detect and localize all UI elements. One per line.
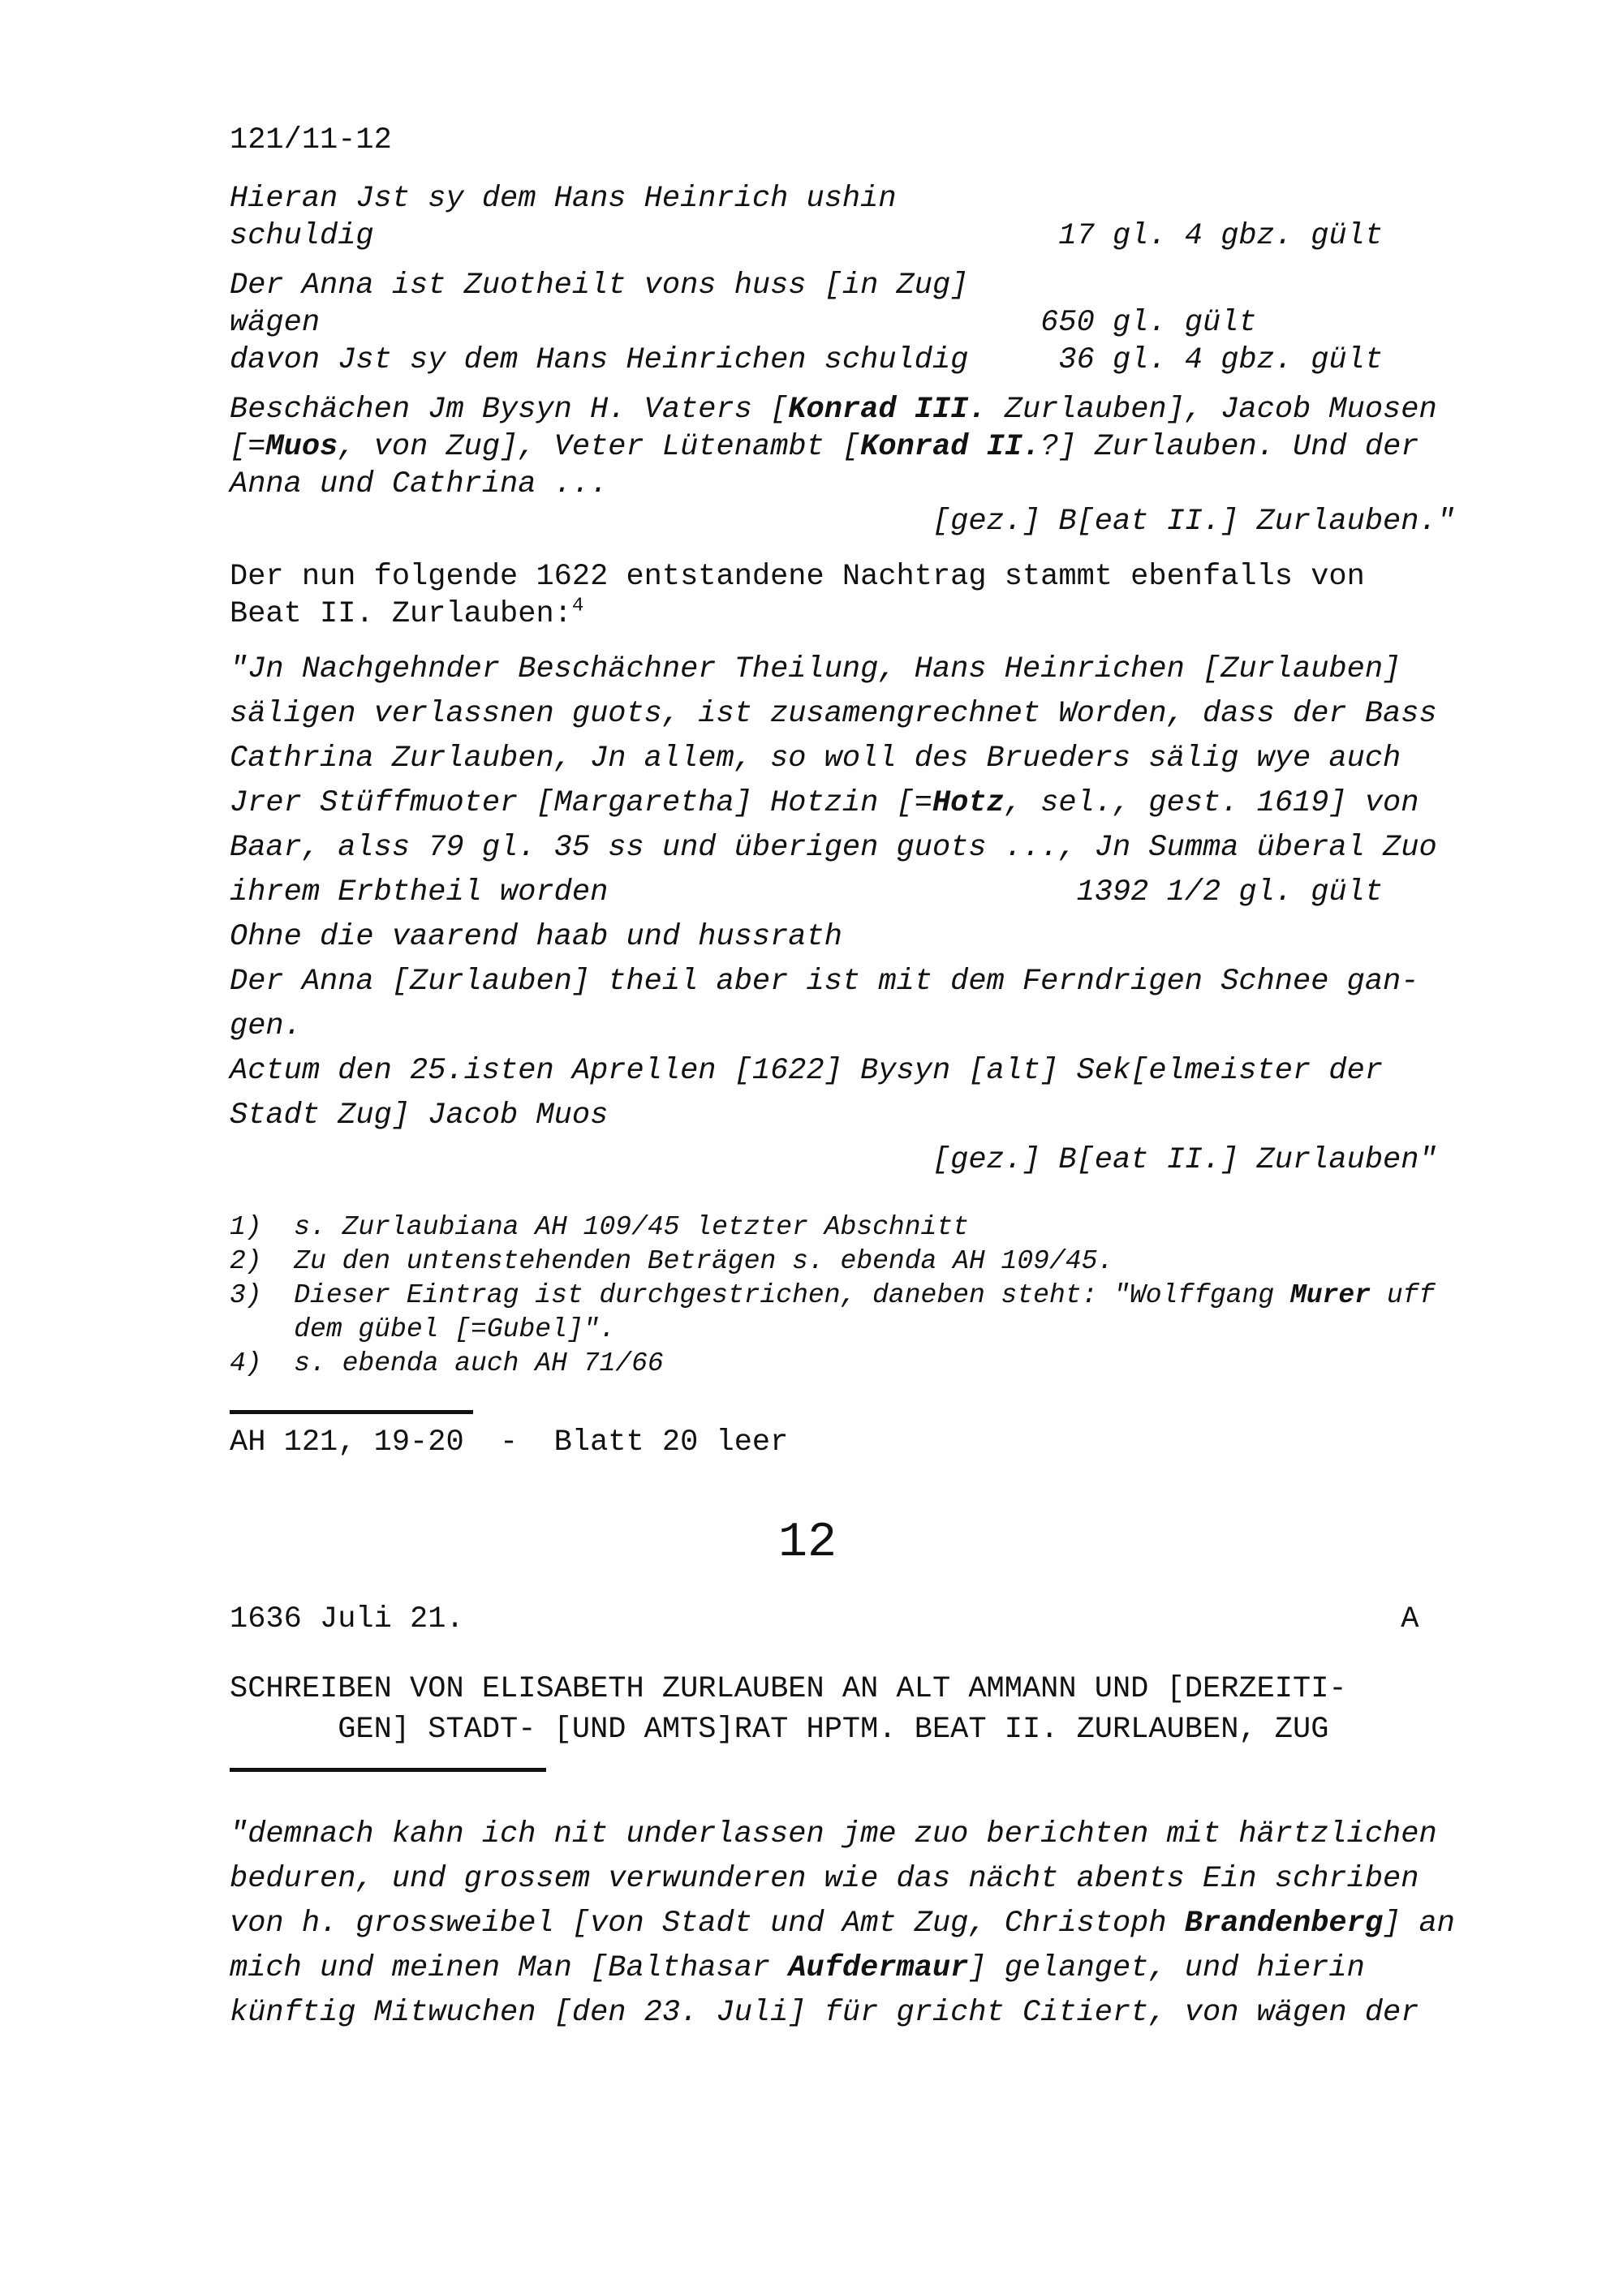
text-line: [=Muos, von Zug], Veter Lütenambt [Konra…: [230, 428, 1623, 466]
text-segment: Zurlauben], Jacob Muosen: [987, 393, 1437, 427]
text-segment: 2) Zu den untenstehenden Beträgen s. ebe…: [230, 1246, 1113, 1276]
text-line: wägen 650 gl. gült: [230, 304, 1623, 342]
text-line: ihrem Erbtheil worden 1392 1/2 gl. gült: [230, 871, 1623, 915]
text-segment: mich und meinen Man [Balthasar: [230, 1951, 788, 1985]
text-segment: 4) s. ebenda auch AH 71/66: [230, 1348, 664, 1378]
text-line: von h. grossweibel [von Stadt und Amt Zu…: [230, 1902, 1623, 1946]
text-line: Jrer Stüffmuoter [Margaretha] Hotzin [=H…: [230, 781, 1623, 826]
text-line: [gez.] B[eat II.] Zurlauben.": [230, 503, 1623, 540]
text-line: [gez.] B[eat II.] Zurlauben": [230, 1138, 1623, 1183]
entry11-anna-share-lines: Der Anna ist Zuotheilt vons huss [in Zug…: [230, 267, 1623, 379]
text-segment: dem gübel [=Gubel]".: [230, 1314, 615, 1344]
text-segment: "demnach kahn ich nit underlassen jme zu…: [230, 1817, 1437, 1851]
archive-reference: 121/11-12: [230, 122, 1623, 159]
text-line: Ohne die vaarend haab und hussrath: [230, 915, 1623, 960]
text-line: Der nun folgende 1622 entstandene Nachtr…: [230, 558, 1623, 595]
text-line: Der Anna ist Zuotheilt vons huss [in Zug…: [230, 267, 1623, 304]
text-segment: Der Anna [Zurlauben] theil aber ist mit …: [230, 965, 1419, 999]
text-segment: "Jn Nachgehnder Beschächner Theilung, Ha…: [230, 652, 1401, 686]
text-segment: [=: [230, 430, 265, 464]
text-segment: Der nun folgende 1622 entstandene Nachtr…: [230, 560, 1365, 594]
text-segment: wägen 650 gl. gült: [230, 306, 1257, 340]
text-segment: Der Anna ist Zuotheilt vons huss [in Zug…: [230, 269, 968, 303]
text-segment: 1) s. Zurlaubiana AH 109/45 letzter Absc…: [230, 1212, 969, 1242]
text-line: 3) Dieser Eintrag ist durchgestrichen, d…: [230, 1279, 1623, 1313]
text-line: schuldig 17 gl. 4 gbz. gült: [230, 217, 1623, 255]
text-segment: , von Zug], Veter Lütenambt [: [338, 430, 860, 464]
text-line: künftig Mitwuchen [den 23. Juli] für gri…: [230, 1991, 1623, 2036]
text-segment: Actum den 25.isten Aprellen [1622] Bysyn…: [230, 1054, 1383, 1088]
entry12-letter-quote: "demnach kahn ich nit underlassen jme zu…: [230, 1812, 1623, 2036]
text-line: Actum den 25.isten Aprellen [1622] Bysyn…: [230, 1049, 1623, 1094]
text-segment: [gez.] B[eat II.] Zurlauben.": [230, 505, 1455, 539]
text-segment: Baar, alss 79 gl. 35 ss und überigen guo…: [230, 831, 1437, 865]
text-segment: ] gelanget, und hierin: [968, 1951, 1364, 1985]
entry11-editor-note: Der nun folgende 1622 entstandene Nachtr…: [230, 558, 1623, 633]
entry12-document-number: 12: [778, 1518, 1623, 1568]
text-segment: schuldig 17 gl. 4 gbz. gült: [230, 219, 1383, 253]
text-segment: Jrer Stüffmuoter [Margaretha] Hotzin [=: [230, 786, 932, 820]
divider-rule-top: [230, 1410, 473, 1414]
footnote-superscript: 4: [572, 595, 583, 617]
bold-name-text: Hotz: [932, 786, 1005, 820]
bold-name-text: Aufdermaur: [788, 1951, 968, 1985]
text-segment: gen.: [230, 1009, 302, 1043]
document-page: 121/11-12 Hieran Jst sy dem Hans Heinric…: [0, 0, 1623, 2296]
text-segment: SCHREIBEN VON ELISABETH ZURLAUBEN AN ALT…: [230, 1672, 1347, 1706]
entry12-dateline: 1636 Juli 21. A: [230, 1601, 1623, 1638]
text-line: säligen verlassnen guots, ist zusamengre…: [230, 692, 1623, 737]
text-line: mich und meinen Man [Balthasar Aufdermau…: [230, 1946, 1623, 1991]
entry11-debt-lines: Hieran Jst sy dem Hans Heinrich ushinsch…: [230, 180, 1623, 255]
text-line: dem gübel [=Gubel]".: [230, 1313, 1623, 1347]
bold-name-text: Konrad III.: [788, 393, 986, 427]
text-line: GEN] STADT- [UND AMTS]RAT HPTM. BEAT II.…: [230, 1709, 1623, 1750]
text-segment: Ohne die vaarend haab und hussrath: [230, 920, 842, 954]
text-line: Baar, alss 79 gl. 35 ss und überigen guo…: [230, 826, 1623, 871]
text-segment: Beat II. Zurlauben:: [230, 597, 572, 631]
text-segment: 3) Dieser Eintrag ist durchgestrichen, d…: [230, 1280, 1290, 1310]
text-segment: uff: [1371, 1280, 1435, 1310]
text-segment: ?] Zurlauben. Und der: [1040, 430, 1419, 464]
text-line: 1) s. Zurlaubiana AH 109/45 letzter Absc…: [230, 1210, 1623, 1245]
text-line: Hieran Jst sy dem Hans Heinrich ushin: [230, 180, 1623, 217]
text-segment: GEN] STADT- [UND AMTS]RAT HPTM. BEAT II.…: [230, 1713, 1328, 1747]
entry12-heading: SCHREIBEN VON ELISABETH ZURLAUBEN AN ALT…: [230, 1669, 1623, 1750]
bold-name-text: Konrad II.: [860, 430, 1040, 464]
text-segment: [gez.] B[eat II.] Zurlauben": [230, 1143, 1437, 1177]
text-segment: beduren, und grossem verwunderen wie das…: [230, 1862, 1419, 1896]
bold-name-text: Muos: [265, 430, 338, 464]
text-line: Anna und Cathrina ...: [230, 466, 1623, 503]
text-segment: AH 121, 19-20 - Blatt 20 leer: [230, 1425, 788, 1460]
text-segment: Anna und Cathrina ...: [230, 467, 608, 501]
divider-rule-heading: [230, 1768, 546, 1772]
text-line: gen.: [230, 1004, 1623, 1049]
text-segment: von h. grossweibel [von Stadt und Amt Zu…: [230, 1907, 1185, 1941]
bold-name-text: Murer: [1290, 1280, 1371, 1310]
text-line: "Jn Nachgehnder Beschächner Theilung, Ha…: [230, 647, 1623, 692]
text-segment: Beschächen Jm Bysyn H. Vaters [: [230, 393, 788, 427]
text-segment: Hieran Jst sy dem Hans Heinrich ushin: [230, 182, 897, 216]
source-reference-line: AH 121, 19-20 - Blatt 20 leer: [230, 1424, 1623, 1461]
text-line: AH 121, 19-20 - Blatt 20 leer: [230, 1424, 1623, 1461]
text-segment: ] an: [1383, 1907, 1455, 1941]
text-line: 4) s. ebenda auch AH 71/66: [230, 1347, 1623, 1381]
text-segment: 1636 Juli 21. A: [230, 1602, 1419, 1636]
text-segment: , sel., gest. 1619] von: [1005, 786, 1419, 820]
text-line: Cathrina Zurlauben, Jn allem, so woll de…: [230, 737, 1623, 781]
entry11-nachtrag-quote: "Jn Nachgehnder Beschächner Theilung, Ha…: [230, 647, 1623, 1183]
text-line: 1636 Juli 21. A: [230, 1601, 1623, 1638]
text-line: beduren, und grossem verwunderen wie das…: [230, 1857, 1623, 1902]
text-segment: Stadt Zug] Jacob Muos: [230, 1099, 608, 1133]
text-line: 2) Zu den untenstehenden Beträgen s. ebe…: [230, 1245, 1623, 1279]
bold-name-text: Brandenberg: [1185, 1907, 1383, 1941]
text-segment: davon Jst sy dem Hans Heinrichen schuldi…: [230, 343, 1383, 377]
text-line: Beschächen Jm Bysyn H. Vaters [Konrad II…: [230, 391, 1623, 428]
text-line: Der Anna [Zurlauben] theil aber ist mit …: [230, 960, 1623, 1004]
text-line: davon Jst sy dem Hans Heinrichen schuldi…: [230, 342, 1623, 379]
text-segment: säligen verlassnen guots, ist zusamengre…: [230, 697, 1437, 731]
text-line: Stadt Zug] Jacob Muos: [230, 1094, 1623, 1138]
text-segment: ihrem Erbtheil worden 1392 1/2 gl. gült: [230, 875, 1383, 909]
text-line: Beat II. Zurlauben:4: [230, 595, 1623, 633]
text-line: "demnach kahn ich nit underlassen jme zu…: [230, 1812, 1623, 1857]
entry11-witnesses-and-signature: Beschächen Jm Bysyn H. Vaters [Konrad II…: [230, 391, 1623, 540]
text-segment: Cathrina Zurlauben, Jn allem, so woll de…: [230, 742, 1401, 776]
text-segment: künftig Mitwuchen [den 23. Juli] für gri…: [230, 1996, 1419, 2030]
text-line: SCHREIBEN VON ELISABETH ZURLAUBEN AN ALT…: [230, 1669, 1623, 1709]
footnotes-list: 1) s. Zurlaubiana AH 109/45 letzter Absc…: [230, 1210, 1623, 1381]
